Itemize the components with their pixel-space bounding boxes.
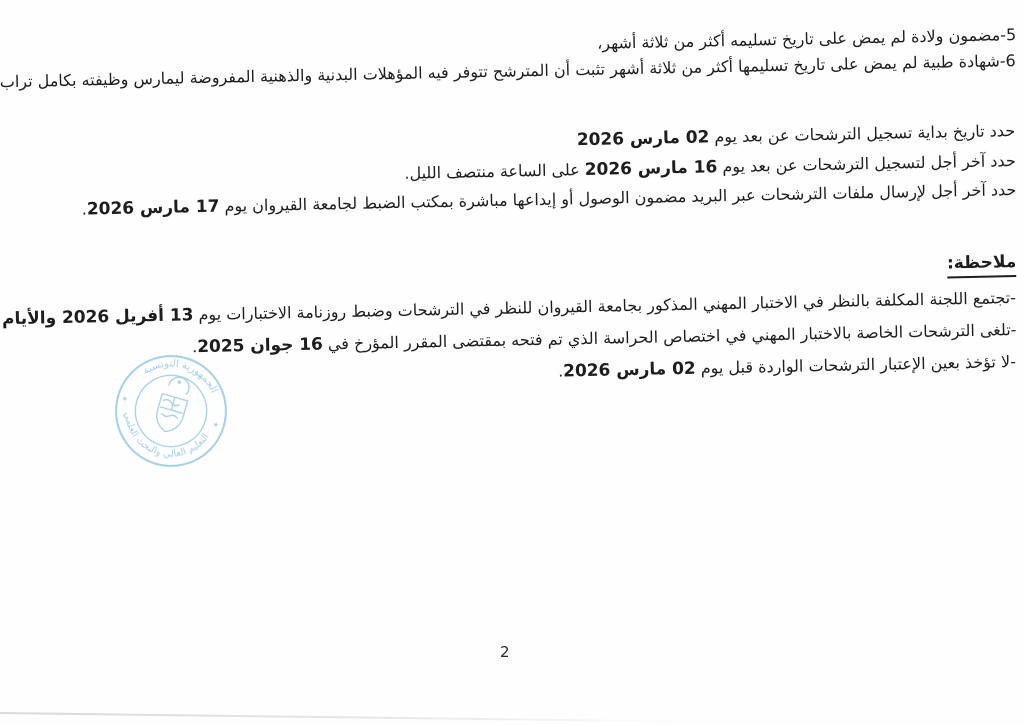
deadlines-block: حدد تاريخ بداية تسجيل الترشحات عن بعد يو… bbox=[81, 116, 1017, 224]
page-number: 2 bbox=[500, 643, 510, 661]
coat-of-arms-emblem bbox=[152, 374, 193, 435]
deadline-mail-date: 17 مارس 2026 bbox=[87, 196, 220, 219]
note-early-date: 02 مارس 2026 bbox=[563, 358, 696, 381]
note-cancelled-date: 16 جوان 2025 bbox=[197, 334, 323, 357]
star-mark-left: ٭ bbox=[120, 391, 129, 405]
deadline-end-date: 16 مارس 2026 bbox=[585, 156, 718, 179]
list-item-6: 6-شهادة طبية لم يمض على تاريخ تسليمها أك… bbox=[0, 50, 1016, 94]
list-item-5: 5-مضمون ولادة لم يمض على تاريخ تسليمه أك… bbox=[597, 24, 1017, 54]
scan-edge-artifact bbox=[0, 712, 700, 723]
note-item-early: -لا تؤخذ بعين الإعتبار الترشحات الواردة … bbox=[558, 350, 1016, 382]
note-commission-date: 13 أفريل 2026 والأيام الموالية. bbox=[0, 304, 194, 330]
official-round-stamp-icon: الجمهورية التونسية التعليم العالي والبحث… bbox=[98, 338, 244, 484]
deadline-start-date: 02 مارس 2026 bbox=[577, 126, 710, 149]
stamp-bottom-arc-text: التعليم العالي والبحث العلمي bbox=[113, 408, 213, 470]
deadline-start-text: حدد تاريخ بداية تسجيل الترشحات عن بعد يو… bbox=[709, 121, 1015, 146]
deadline-end-text: حدد آخر أجل لتسجيل الترشحات عن بعد يوم bbox=[717, 151, 1016, 176]
note-heading: ملاحظة: bbox=[946, 252, 1016, 278]
scanned-document-page: 5-مضمون ولادة لم يمض على تاريخ تسليمه أك… bbox=[0, 0, 1024, 725]
star-mark-right: ٭ bbox=[211, 417, 220, 431]
